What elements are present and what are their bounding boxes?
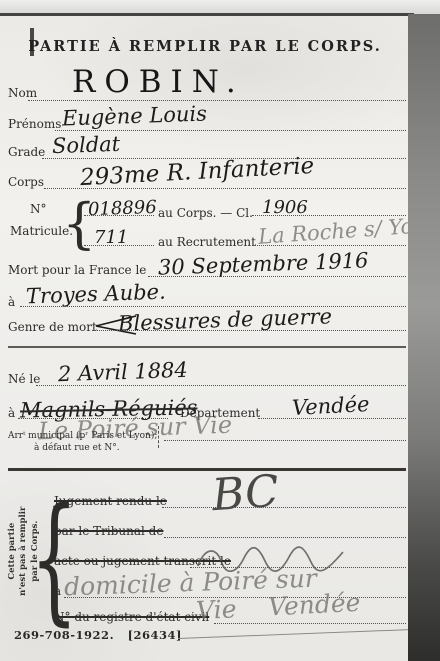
footer-print-code: 269-708-1922. [26434]: [14, 628, 182, 642]
scan-top-margin: [0, 0, 440, 14]
arr-rule: [164, 440, 406, 441]
footer-code: 269-708-1922.: [14, 628, 114, 642]
nom-value: ROBIN.: [72, 64, 245, 100]
corps-label: Corps: [8, 175, 44, 189]
arr-municipal-label-2: à défaut rue et N°.: [34, 443, 120, 453]
jugement-label: Jugement rendu le: [54, 494, 167, 508]
nom-rule: [28, 100, 406, 101]
grade-label: Grade: [8, 145, 45, 159]
lieu-mort-rule: [20, 306, 406, 307]
arr-municipal-label-1: Arrᵗ municipal (pʳ Paris et Lyon);: [8, 431, 157, 441]
matricule-corps-number: 018896: [88, 197, 157, 220]
prenoms-rule: [55, 130, 406, 131]
au-corps-label: au Corps. — Cl.: [158, 206, 253, 220]
naissance-value: 2 Avril 1884: [58, 358, 189, 387]
corps-rule: [44, 188, 406, 189]
genre-mort-label: Genre de mort: [8, 320, 97, 334]
prenoms-label: Prénoms: [8, 117, 61, 131]
scan-right-band: [408, 14, 440, 661]
matricule-rule-a: [84, 215, 154, 216]
tribunal-rule: [164, 537, 406, 538]
departement-value: Vendée: [291, 392, 370, 420]
lieu-mort-label: à: [8, 295, 15, 309]
scanned-document: PARTIE À REMPLIR PAR LE CORPS. Nom ROBIN…: [0, 0, 440, 661]
genre-mort-rule: [92, 330, 406, 331]
jugement-rule: [162, 507, 406, 508]
mort-label: Mort pour la France le: [8, 263, 146, 277]
prenoms-value: Eugène Louis: [62, 101, 208, 130]
matricule-rule-c: [84, 245, 154, 246]
form-paper: PARTIE À REMPLIR PAR LE CORPS. Nom ROBIN…: [0, 16, 410, 661]
naissance-label: Né le: [8, 372, 40, 386]
au-recrutement-label: au Recrutement: [158, 235, 256, 249]
matricule-rule-d: [252, 245, 406, 246]
genre-mort-value: Blessures de guerre: [118, 304, 333, 335]
footer-bracket: [26434]: [128, 628, 182, 642]
naissance-rule: [36, 385, 406, 386]
nom-label: Nom: [8, 86, 37, 100]
jugement-handwriting: BC: [210, 466, 280, 522]
lieu-naissance-label: à: [8, 406, 15, 420]
scan-stray-line: [178, 628, 436, 639]
registre-rule: [214, 623, 406, 624]
grade-value: Soldat: [52, 132, 121, 158]
domicile-label: à: [54, 584, 61, 598]
arr-separator: [158, 426, 159, 448]
lieu-naissance-rule-b: [258, 418, 406, 419]
recrutement-place: La Roche s/ Yon: [257, 213, 427, 249]
mort-rule: [148, 276, 406, 277]
side-note-line-2: n'est pas à remplir: [18, 491, 29, 611]
registre-label: N° du registre d'état civil: [54, 610, 209, 624]
side-note-line-1: Cette partie: [7, 491, 18, 611]
mort-value: 30 Septembre 1916: [158, 248, 369, 279]
tribunal-label: par le Tribunal de: [54, 524, 163, 538]
lieu-mort-value: Troyes Aube.: [26, 280, 166, 309]
form-header: PARTIE À REMPLIR PAR LE CORPS.: [0, 38, 410, 55]
section-divider-bottom: [8, 468, 406, 471]
section-divider-top: [8, 346, 406, 348]
matricule-label-no: N°: [30, 202, 47, 216]
